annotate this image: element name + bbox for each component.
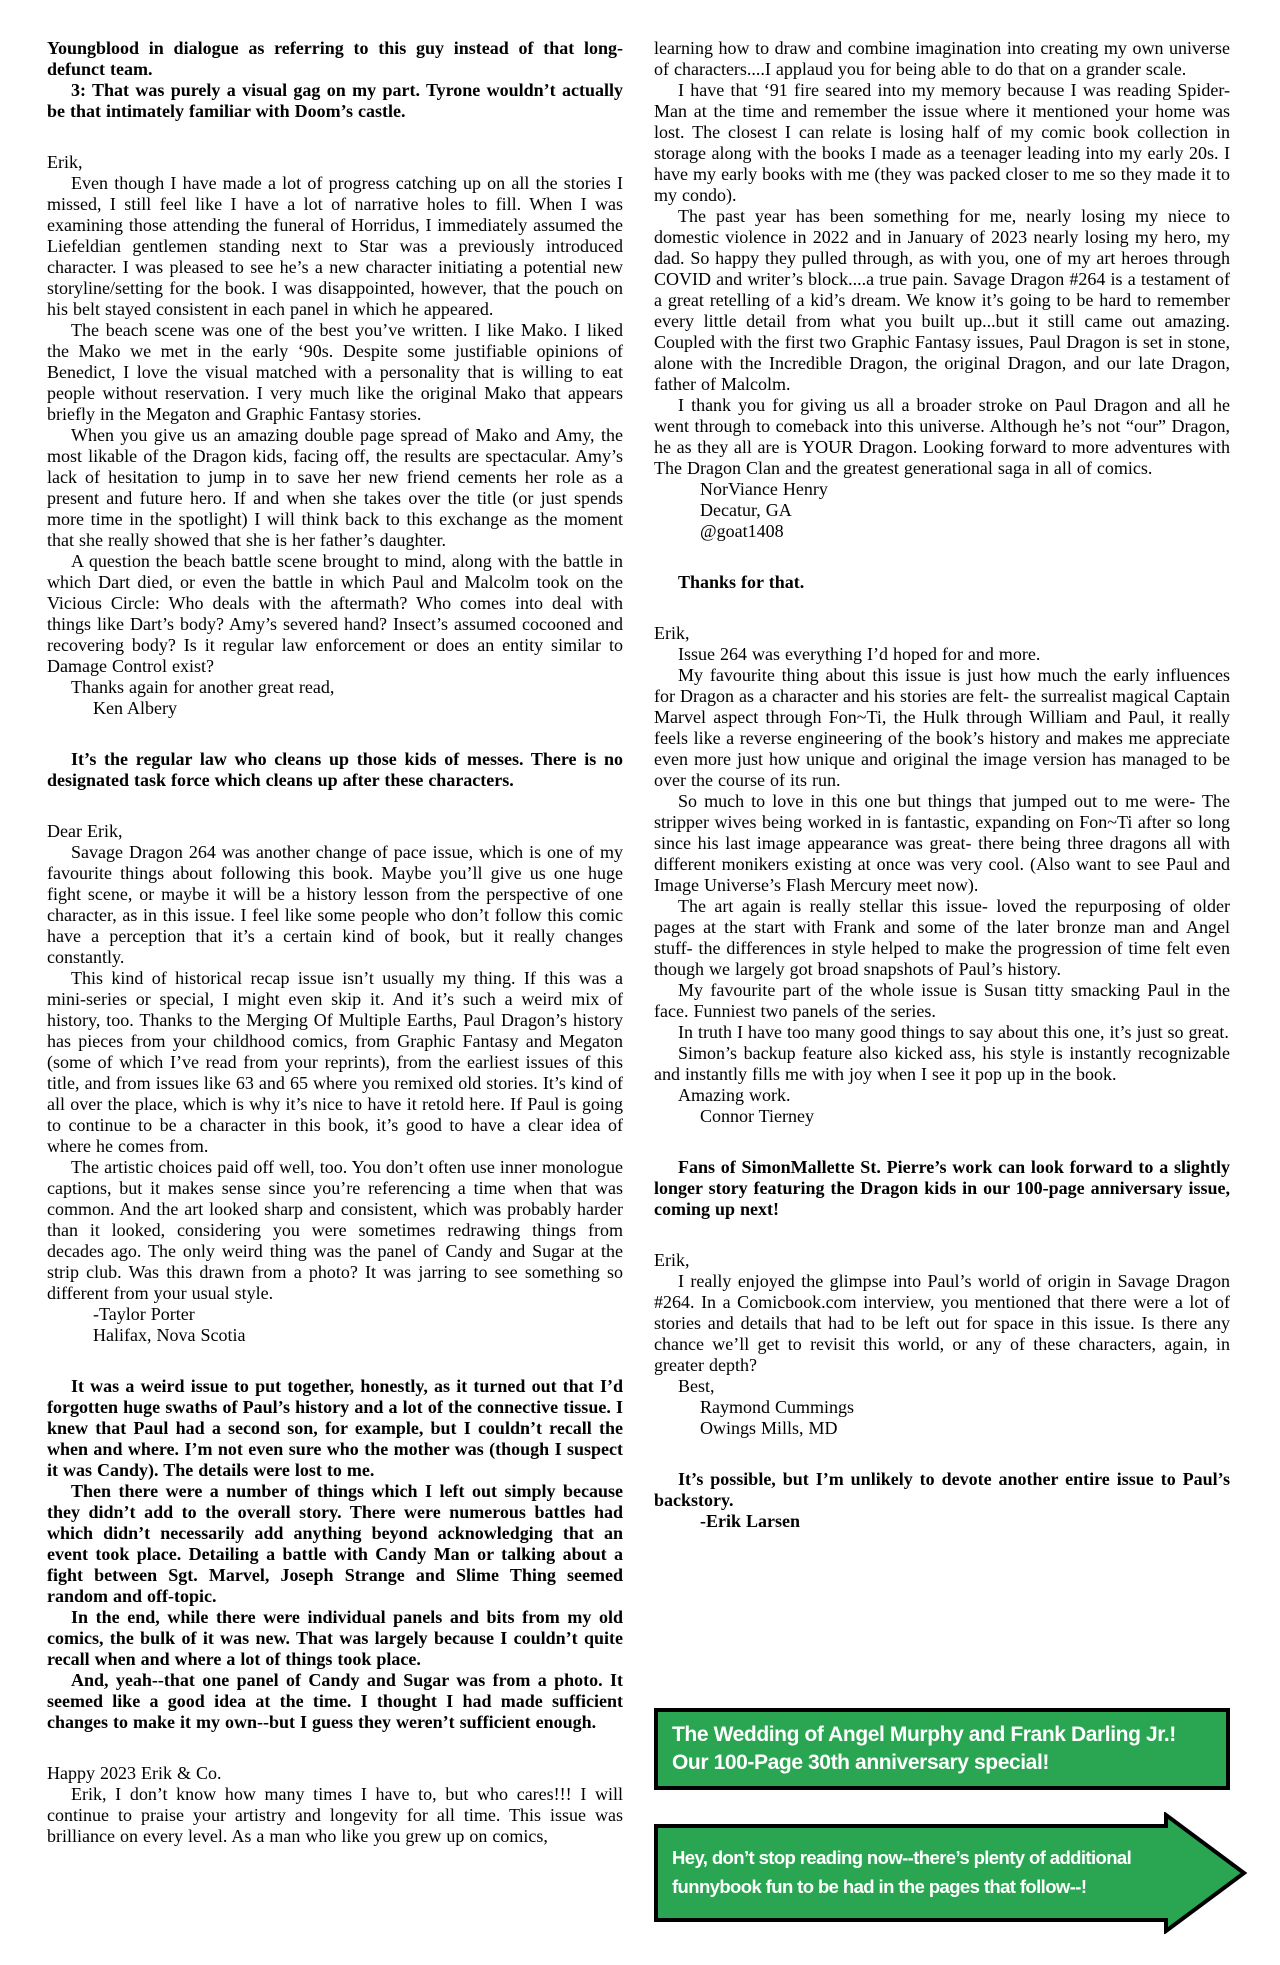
signature: NorViance Henry <box>654 479 1230 500</box>
editor-reply-continued: Youngblood in dialogue as referring to t… <box>47 38 623 80</box>
editor-reply: Fans of SimonMallette St. Pierre’s work … <box>654 1157 1230 1220</box>
letter-paragraph: So much to love in this one but things t… <box>654 791 1230 896</box>
signature: Halifax, Nova Scotia <box>47 1325 623 1346</box>
wedding-announcement-banner: The Wedding of Angel Murphy and Frank Da… <box>654 1708 1230 1790</box>
arrow-banner-text: Hey, don’t stop reading now--there’s ple… <box>672 1843 1131 1901</box>
signature: Owings Mills, MD <box>654 1418 1230 1439</box>
salutation: Erik, <box>47 152 623 173</box>
banner-line: funnybook fun to be had in the pages tha… <box>672 1872 1131 1901</box>
salutation: Happy 2023 Erik & Co. <box>47 1763 623 1784</box>
banner-line: The Wedding of Angel Murphy and Frank Da… <box>672 1721 1226 1749</box>
letter-paragraph: Erik, I don’t know how many times I have… <box>47 1784 623 1847</box>
salutation: Dear Erik, <box>47 821 623 842</box>
letter-paragraph: Simon’s backup feature also kicked ass, … <box>654 1043 1230 1085</box>
letter-paragraph: A question the beach battle scene brough… <box>47 551 623 677</box>
letter-paragraph: This kind of historical recap issue isn’… <box>47 968 623 1157</box>
letter-paragraph-continued: learning how to draw and combine imagina… <box>654 38 1230 80</box>
signature: Decatur, GA <box>654 500 1230 521</box>
signature: -Taylor Porter <box>47 1304 623 1325</box>
editor-reply: In the end, while there were individual … <box>47 1607 623 1670</box>
signature: @goat1408 <box>654 521 1230 542</box>
keep-reading-arrow-banner: Hey, don’t stop reading now--there’s ple… <box>654 1812 1250 1934</box>
letter-closing: Best, <box>654 1376 1230 1397</box>
letter-paragraph: When you give us an amazing double page … <box>47 425 623 551</box>
letter-paragraph: In truth I have too many good things to … <box>654 1022 1230 1043</box>
letter-paragraph: I really enjoyed the glimpse into Paul’s… <box>654 1271 1230 1376</box>
editor-signature: -Erik Larsen <box>654 1511 1230 1532</box>
editor-reply: 3: That was purely a visual gag on my pa… <box>47 80 623 122</box>
letter-paragraph: Issue 264 was everything I’d hoped for a… <box>654 644 1230 665</box>
banner-line: Our 100-Page 30th anniversary special! <box>672 1749 1226 1777</box>
letter-paragraph: The past year has been something for me,… <box>654 206 1230 395</box>
letter-paragraph: Even though I have made a lot of progres… <box>47 173 623 320</box>
letter-paragraph: I have that ‘91 fire seared into my memo… <box>654 80 1230 206</box>
right-column: learning how to draw and combine imagina… <box>654 38 1230 1532</box>
editor-reply: Thanks for that. <box>654 572 1230 593</box>
banner-line: Hey, don’t stop reading now--there’s ple… <box>672 1843 1131 1872</box>
letter-paragraph: My favourite thing about this issue is j… <box>654 665 1230 791</box>
letter-closing: Amazing work. <box>654 1085 1230 1106</box>
letter-paragraph: My favourite part of the whole issue is … <box>654 980 1230 1022</box>
letter-paragraph: The beach scene was one of the best you’… <box>47 320 623 425</box>
salutation: Erik, <box>654 1250 1230 1271</box>
left-column: Youngblood in dialogue as referring to t… <box>47 38 623 1847</box>
letter-paragraph: Savage Dragon 264 was another change of … <box>47 842 623 968</box>
editor-reply: It’s the regular law who cleans up those… <box>47 749 623 791</box>
signature: Connor Tierney <box>654 1106 1230 1127</box>
editor-reply: It’s possible, but I’m unlikely to devot… <box>654 1469 1230 1511</box>
signature: Ken Albery <box>47 698 623 719</box>
letter-paragraph: The art again is really stellar this iss… <box>654 896 1230 980</box>
editor-reply: Then there were a number of things which… <box>47 1481 623 1607</box>
letter-paragraph: The artistic choices paid off well, too.… <box>47 1157 623 1304</box>
letter-paragraph: I thank you for giving us all a broader … <box>654 395 1230 479</box>
editor-reply: It was a weird issue to put together, ho… <box>47 1376 623 1481</box>
letter-closing: Thanks again for another great read, <box>47 677 623 698</box>
signature: Raymond Cummings <box>654 1397 1230 1418</box>
salutation: Erik, <box>654 623 1230 644</box>
editor-reply: And, yeah--that one panel of Candy and S… <box>47 1670 623 1733</box>
